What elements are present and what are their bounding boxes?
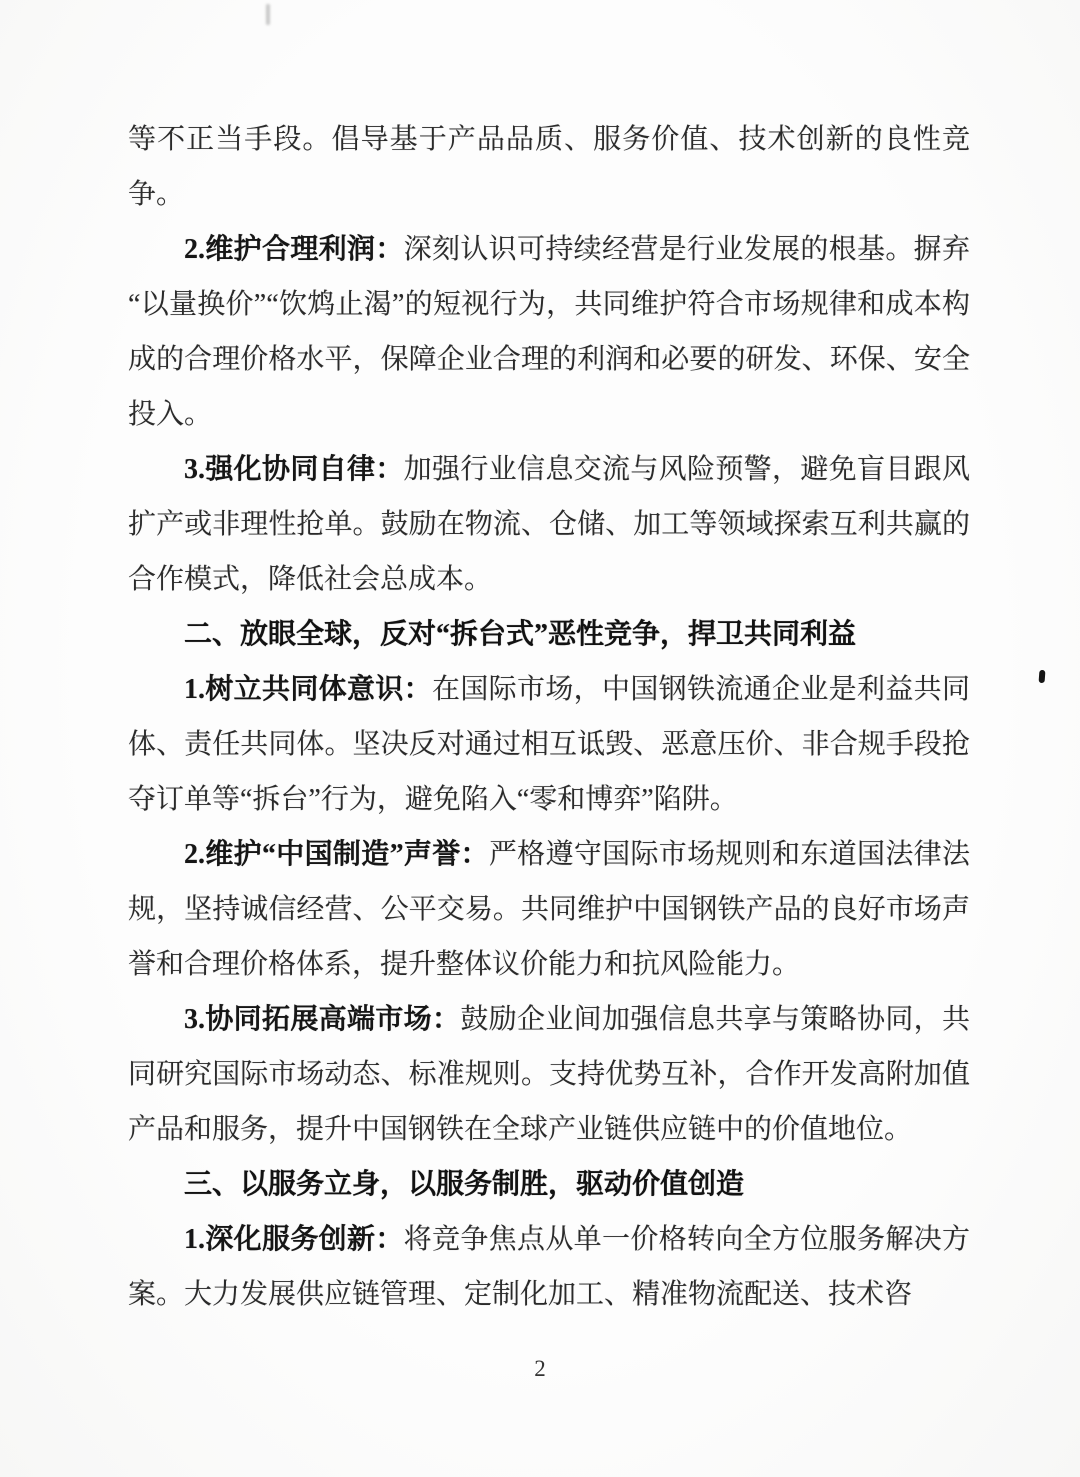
paragraph-item-1-community-awareness: 1.树立共同体意识：在国际市场，中国钢铁流通企业是利益共同体、责任共同体。坚决反… [128,662,970,827]
scan-ink-dot [1039,670,1046,683]
paragraph-item-2-made-in-china-reputation: 2.维护“中国制造”声誉：严格遵守国际市场规则和东道国法律法规，坚持诚信经营、公… [128,827,970,992]
paragraph-lead: 2.维护合理利润： [184,234,404,265]
page-footer: 2 [0,1356,1080,1382]
paragraph-continuation: 等不正当手段。倡导基于产品品质、服务价值、技术创新的良性竞争。 [128,112,970,222]
page-number: 2 [534,1356,546,1381]
paragraph-lead: 1.树立共同体意识： [184,674,432,705]
scanned-document-page: 等不正当手段。倡导基于产品品质、服务价值、技术创新的良性竞争。 2.维护合理利润… [0,0,1080,1477]
paragraph-item-3-self-discipline: 3.强化协同自律：加强行业信息交流与风险预警，避免盲目跟风扩产或非理性抢单。鼓励… [128,442,970,607]
paragraph-lead: 2.维护“中国制造”声誉： [184,839,489,870]
paragraph-item-2-maintain-profit: 2.维护合理利润：深刻认识可持续经营是行业发展的根基。摒弃“以量换价”“饮鸩止渴… [128,222,970,442]
scan-smudge-mark [266,4,270,25]
paragraph-item-1-service-innovation: 1.深化服务创新：将竞争焦点从单一价格转向全方位服务解决方案。大力发展供应链管理… [128,1212,970,1322]
section-heading-2: 二、放眼全球，反对“拆台式”恶性竞争，捍卫共同利益 [128,607,970,662]
paragraph-lead: 1.深化服务创新： [184,1224,404,1255]
paragraph-item-3-highend-market: 3.协同拓展高端市场：鼓励企业间加强信息共享与策略协同，共同研究国际市场动态、标… [128,992,970,1157]
paragraph-lead: 3.协同拓展高端市场： [184,1004,460,1035]
paragraph-text: 等不正当手段。倡导基于产品品质、服务价值、技术创新的良性竞争。 [128,124,970,210]
document-body: 等不正当手段。倡导基于产品品质、服务价值、技术创新的良性竞争。 2.维护合理利润… [128,112,970,1322]
section-heading-3: 三、以服务立身，以服务制胜，驱动价值创造 [128,1157,970,1212]
paragraph-lead: 3.强化协同自律： [184,454,404,485]
